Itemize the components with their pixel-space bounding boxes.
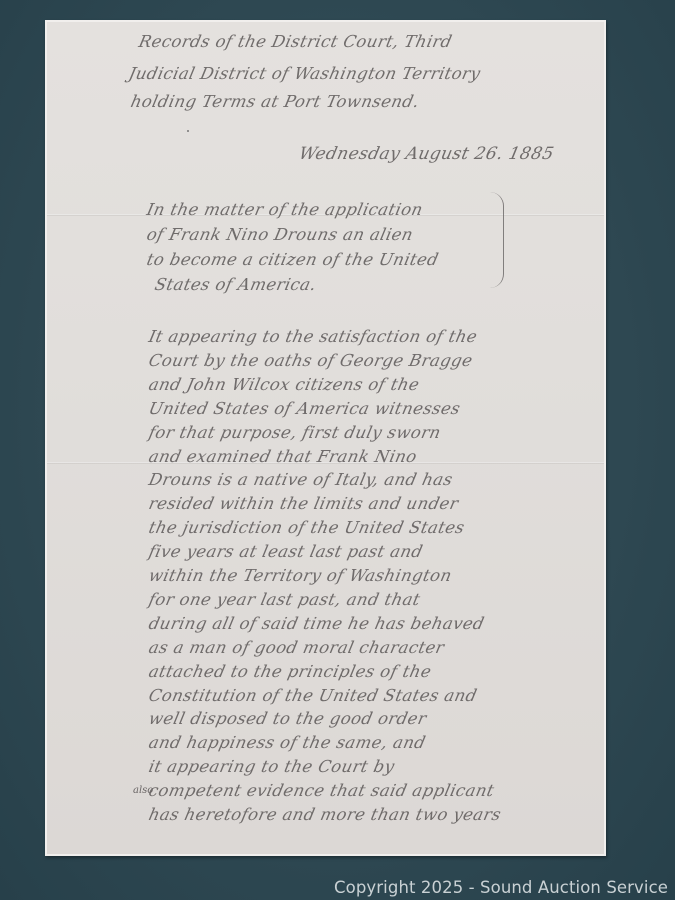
body-line: as a man of good moral character (147, 638, 446, 657)
body-line: Constitution of the United States and (147, 686, 479, 705)
ink-dot (187, 130, 189, 132)
caption-line: States of America. (153, 275, 318, 294)
body-line: during all of said time he has behaved (147, 614, 486, 633)
body-line: for that purpose, first duly sworn (147, 423, 443, 442)
caption-bracket (489, 192, 504, 288)
margin-note: also (133, 785, 153, 796)
body-line: resided within the limits and under (147, 494, 460, 513)
document-page: Records of the District Court, Third Jud… (45, 20, 606, 856)
caption-line: to become a citizen of the United (145, 250, 440, 269)
body-line: has heretofore and more than two years (147, 805, 503, 824)
heading-line: Records of the District Court, Third (137, 32, 454, 51)
body-line: United States of America witnesses (147, 399, 462, 418)
body-line: competent evidence that said applicant (147, 781, 496, 800)
body-line: Court by the oaths of George Bragge (147, 351, 474, 370)
body-line: it appearing to the Court by (147, 757, 396, 776)
caption-line: In the matter of the application (145, 200, 425, 219)
body-line: and John Wilcox citizens of the (147, 375, 421, 394)
heading-line: holding Terms at Port Townsend. (129, 92, 421, 111)
heading-line: Judicial District of Washington Territor… (127, 64, 482, 83)
body-line: attached to the principles of the (147, 662, 433, 681)
copyright-watermark: Copyright 2025 - Sound Auction Service (334, 878, 668, 897)
document-date: Wednesday August 26. 1885 (297, 144, 556, 164)
body-line: within the Territory of Washington (147, 566, 454, 585)
body-line: Drouns is a native of Italy, and has (147, 470, 455, 489)
body-line: It appearing to the satisfaction of the (147, 327, 479, 346)
body-line: the jurisdiction of the United States (147, 518, 466, 537)
body-line: and examined that Frank Nino (147, 447, 419, 466)
body-line: well disposed to the good order (147, 709, 428, 728)
body-line: and happiness of the same, and (147, 733, 428, 752)
body-line: for one year last past, and that (147, 590, 422, 609)
caption-line: of Frank Nino Drouns an alien (145, 225, 415, 244)
body-line: five years at least last past and (147, 542, 425, 561)
